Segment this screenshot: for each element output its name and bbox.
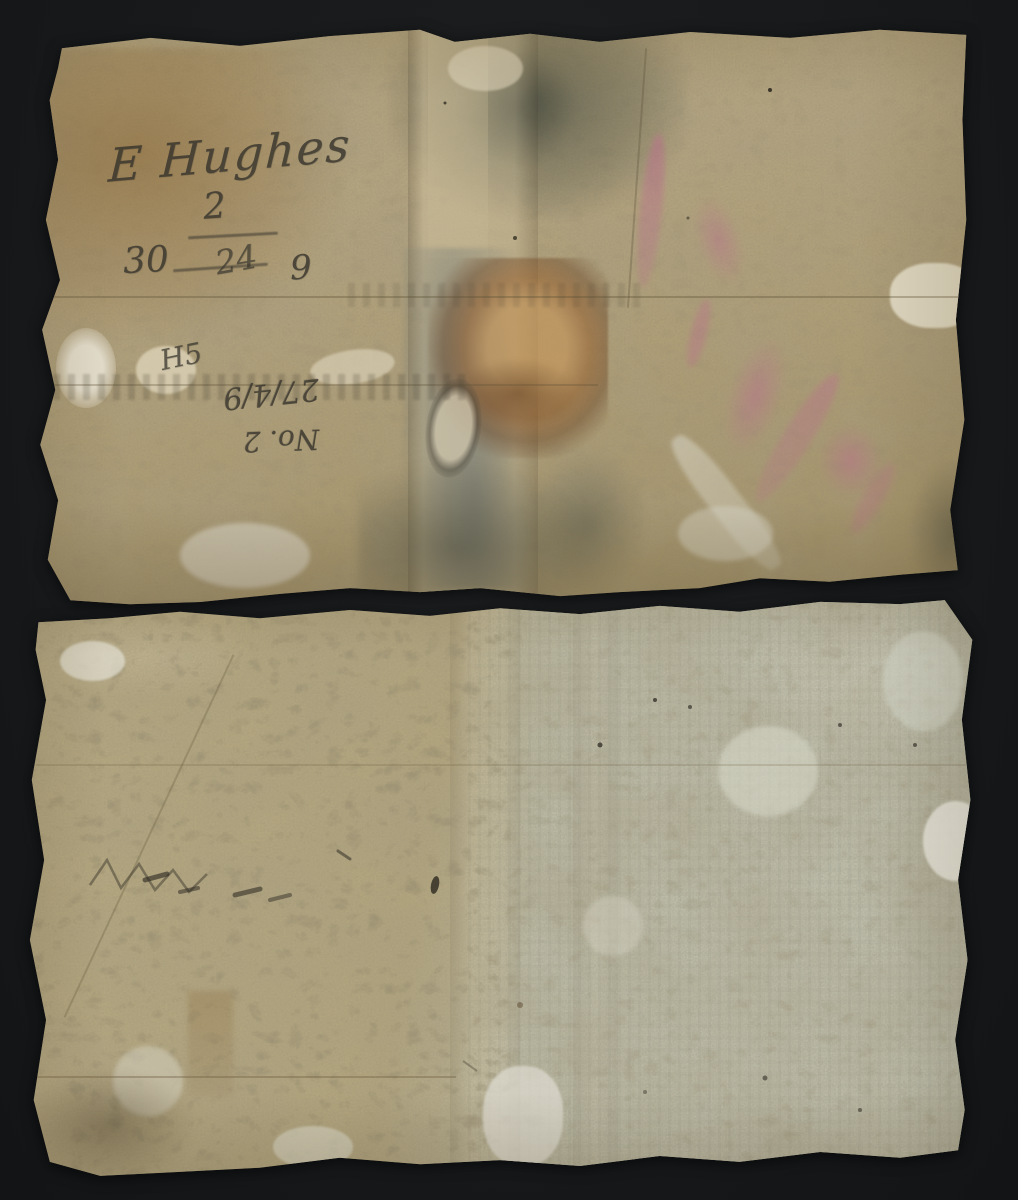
banknote-bottom-paper: [28, 596, 978, 1180]
stain-gray-on-strip: [403, 248, 533, 588]
inscription-date-inverted: 27/4/9: [221, 371, 321, 416]
dark-corner-bottomleft: [28, 1066, 198, 1180]
fold-line-vertical: [627, 48, 647, 308]
white-streak-diagonal: [663, 428, 790, 578]
inscription-9: 9: [289, 248, 312, 289]
repair-tape-strip-upper: [428, 28, 488, 258]
inscription-24: 24: [212, 237, 260, 283]
edge-vignette-bottom: [28, 596, 978, 1180]
stain-dark-topcenter: [388, 28, 688, 218]
crease-diagonal: [64, 654, 235, 1017]
white-patch-b2: [718, 726, 818, 816]
edge-vignette-top: [28, 28, 970, 606]
pink-mark-5: [745, 367, 848, 509]
inscription-e-hughes: E Hughes: [107, 117, 353, 193]
white-patch-bottom-mid: [678, 506, 773, 561]
inscription-numeral-2: 2: [202, 185, 228, 227]
stain-dark-bottom-right: [908, 458, 970, 606]
stain-brown-topleft: [28, 48, 358, 348]
cool-tone-right-half: [458, 596, 978, 1180]
ghost-print-columns: [468, 596, 968, 1180]
banknote-top-paper: E Hughes 2 30 24 9 H5 27/4/9 No. 2: [28, 28, 970, 606]
pink-mark-3: [683, 297, 715, 369]
burn-stain: [428, 258, 608, 458]
stain-dark-bottom-2: [528, 448, 648, 598]
ghost-print-band-2: [348, 283, 648, 307]
ghost-print-rows: [468, 616, 968, 1176]
stain-dark-blob: [458, 48, 578, 168]
paper-texture-top: [28, 28, 970, 606]
inscription-2-underline: [188, 232, 278, 240]
inscription-h5: H5: [157, 336, 205, 377]
white-patch-b8: [583, 896, 643, 956]
light-oval-spot: [419, 375, 487, 482]
white-patch-b3: [883, 631, 963, 731]
burn-stain-rim: [458, 358, 578, 428]
fold-line-horizontal-1: [38, 296, 958, 298]
white-patch-b5: [483, 1066, 563, 1166]
pink-mark-2: [682, 188, 755, 293]
ink-specks-top: [28, 28, 970, 606]
photo-background: E Hughes 2 30 24 9 H5 27/4/9 No. 2: [0, 0, 1018, 1200]
faded-ink-scribble: [28, 596, 978, 1180]
stain-dark-bottom-1: [358, 458, 608, 606]
repair-tape-strip: [408, 28, 538, 606]
brown-streaks: [188, 991, 233, 1096]
white-patch-bottom-left: [180, 523, 310, 588]
repair-strip-vertical-2: [573, 596, 618, 1180]
white-patch-b6: [273, 1126, 353, 1168]
white-patch-b1: [60, 641, 125, 681]
pink-mark-7: [844, 458, 901, 537]
crease-horizontal-low: [36, 1076, 456, 1078]
inscription-no2-inverted: No. 2: [242, 423, 320, 459]
white-patch-3: [308, 344, 397, 389]
light-corner-topright: [728, 596, 978, 756]
white-patch-b4: [923, 801, 978, 881]
inscription-30: 30: [122, 239, 170, 282]
beige-zone-topleft: [38, 611, 258, 701]
paper-texture-bottom: [28, 596, 978, 1180]
crease-horizontal-mid: [36, 764, 966, 766]
white-patch-top: [448, 46, 523, 91]
white-patch-b7: [113, 1046, 183, 1116]
banknote-bottom: [28, 596, 978, 1180]
pink-mark-6: [818, 423, 883, 498]
pink-mark-1: [632, 132, 670, 288]
repair-strip-vertical-1: [450, 596, 520, 1180]
pink-mark-4: [710, 328, 801, 464]
white-patch-left-edge: [56, 328, 116, 408]
white-patch-right: [890, 263, 970, 328]
banknote-top: E Hughes 2 30 24 9 H5 27/4/9 No. 2: [28, 28, 970, 606]
